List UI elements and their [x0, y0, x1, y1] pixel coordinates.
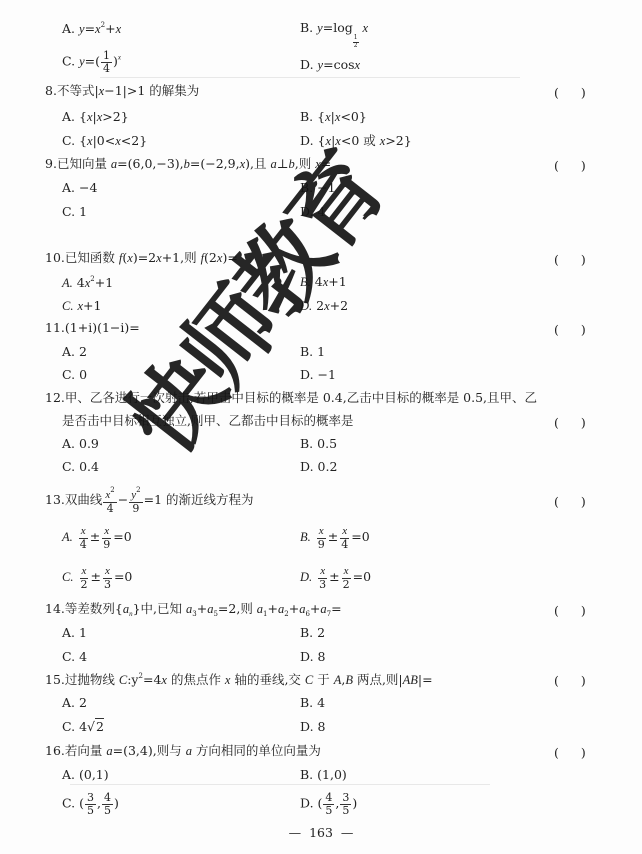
q9-option-c: C. 1 [62, 206, 87, 219]
q12-stem-line2: 是否击中目标相互独立,则甲、乙都击中目标的概率是 [62, 415, 353, 428]
q14-stem: 14.等差数列{an}中,已知 a3+a5=2,则 a1+a2+a6+a7= [45, 603, 342, 618]
q11-option-d: D. −1 [300, 369, 336, 382]
q14-answer-blank[interactable]: () [554, 603, 586, 618]
q14-option-c: C. 4 [62, 651, 87, 664]
q9-option-a: A. −4 [62, 182, 97, 195]
q14-option-a: A. 1 [62, 627, 87, 640]
q9-stem: 9.已知向量 a=(6,0,−3),b=(−2,9,x),且 a⊥b,则 x= [45, 158, 331, 171]
q11-option-b: B. 1 [300, 346, 325, 359]
q10-option-a: A. 4x2+1 [62, 276, 113, 290]
q15-option-c: C. 4√2 [62, 721, 104, 734]
q12-option-c: C. 0.4 [62, 461, 99, 474]
q7-option-c: C. y=(14)x [62, 50, 121, 74]
q10-option-c: C. x+1 [62, 300, 101, 313]
q10-option-b: B. 4x+1 [300, 276, 347, 289]
q10-stem: 10.已知函数 f(x)=2x+1,则 f(2x)= [45, 252, 238, 265]
q15-stem: 15.过抛物线 C:y2=4x 的焦点作 x 轴的垂线,交 C 于 A,B 两点… [45, 673, 433, 687]
q8-answer-blank[interactable]: () [554, 85, 586, 100]
page-number: — 163 — [0, 825, 642, 840]
q16-option-a: A. (0,1) [62, 769, 109, 782]
q12-answer-blank[interactable]: () [554, 415, 586, 430]
scan-noise [100, 77, 520, 78]
q16-option-c: C. (35,45) [62, 792, 119, 816]
q8-option-c: C. {x|0<x<2} [62, 135, 147, 148]
q13-option-c: C. x2±x3=0 [62, 565, 132, 590]
q13-stem: 13.双曲线x24−y29=1 的渐近线方程为 [45, 487, 254, 514]
q9-option-d: D. 4 [300, 206, 326, 219]
q10-answer-blank[interactable]: () [554, 252, 586, 267]
q16-answer-blank[interactable]: () [554, 745, 586, 760]
q11-option-c: C. 0 [62, 369, 87, 382]
q12-option-b: B. 0.5 [300, 438, 337, 451]
q15-option-a: A. 2 [62, 697, 87, 710]
q12-option-a: A. 0.9 [62, 438, 99, 451]
q7-option-b: B. y=log12 x [300, 22, 368, 49]
q13-option-d: D. x3±x2=0 [300, 565, 371, 590]
fraction-one-half: 12 [353, 35, 359, 49]
q13-option-b: B. x9±x4=0 [300, 525, 370, 550]
exam-page: A. y=x2+x B. y=log12 x C. y=(14)x D. y=c… [0, 0, 642, 854]
q10-option-d: D. 2x+2 [300, 300, 348, 313]
q12-stem-line1: 12.甲、乙各进行一次射击,若甲击中目标的概率是 0.4,乙击中目标的概率是 0… [45, 392, 537, 405]
q15-option-d: D. 8 [300, 721, 326, 734]
q13-answer-blank[interactable]: () [554, 494, 586, 509]
q8-option-d: D. {x|x<0 或 x>2} [300, 135, 412, 148]
q14-option-d: D. 8 [300, 651, 326, 664]
q14-option-b: B. 2 [300, 627, 325, 640]
q8-stem: 8.不等式|x−1|>1 的解集为 [45, 85, 199, 98]
q8-option-b: B. {x|x<0} [300, 111, 367, 124]
q11-stem: 11.(1+i)(1−i)= [45, 322, 140, 335]
q12-option-d: D. 0.2 [300, 461, 337, 474]
q15-option-b: B. 4 [300, 697, 325, 710]
q11-answer-blank[interactable]: () [554, 322, 586, 337]
q9-answer-blank[interactable]: () [554, 158, 586, 173]
scan-noise [70, 784, 490, 785]
q16-option-d: D. (45,35) [300, 792, 357, 816]
q11-option-a: A. 2 [62, 346, 87, 359]
q16-option-b: B. (1,0) [300, 769, 347, 782]
q8-option-a: A. {x|x>2} [62, 111, 129, 124]
q9-option-b: B. −1 [300, 182, 336, 195]
q7-option-a: A. y=x2+x [62, 22, 121, 36]
q13-option-a: A. x4±x9=0 [62, 525, 132, 550]
q7-option-d: D. y=cosx [300, 59, 360, 72]
q16-stem: 16.若向量 a=(3,4),则与 a 方向相同的单位向量为 [45, 745, 321, 758]
q15-answer-blank[interactable]: () [554, 673, 586, 688]
